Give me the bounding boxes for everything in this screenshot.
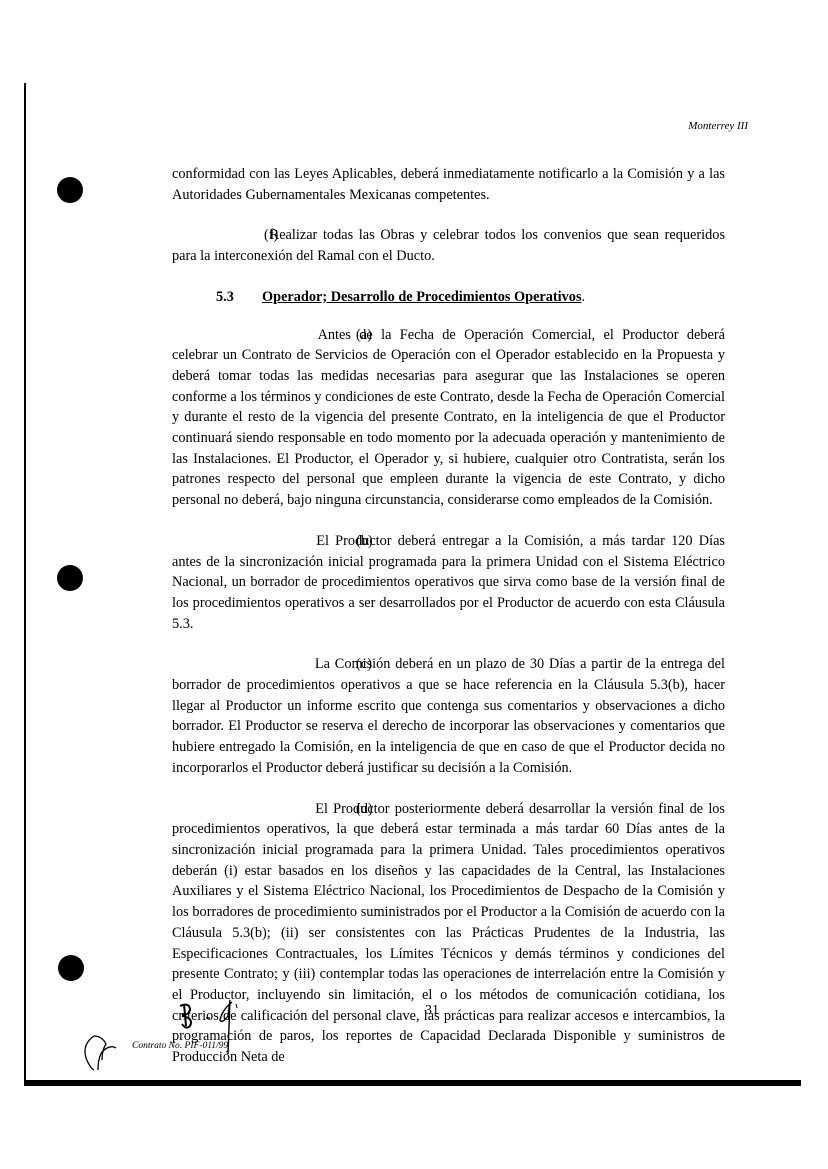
contract-number: Contrato No. PIF-011/99 — [132, 1041, 228, 1051]
item-label: (b) — [264, 531, 310, 552]
section-title-suffix: . — [582, 289, 586, 305]
punch-hole-middle — [57, 565, 83, 591]
item-text: El Productor deberá entregar a la Comisi… — [172, 533, 725, 632]
handwritten-initial-icon — [80, 1030, 130, 1072]
running-header: Monterrey III — [688, 120, 748, 132]
item-label: (d) — [264, 799, 310, 820]
punch-hole-top — [57, 177, 83, 203]
subsection-a: (a) Antes de la Fecha de Operación Comer… — [172, 325, 725, 511]
section-heading: 5.3Operador; Desarrollo de Procedimiento… — [170, 287, 725, 308]
punch-hole-bottom — [58, 955, 84, 981]
section-number: 5.3 — [170, 287, 262, 308]
page-number: 31 — [425, 1003, 439, 1019]
subsection-b: (b) El Productor deberá entregar a la Co… — [172, 531, 725, 635]
paragraph-f: (f) Realizar todas las Obras y celebrar … — [172, 225, 725, 266]
bottom-margin-rule — [24, 1080, 801, 1086]
item-label: (a) — [264, 325, 310, 346]
subsection-c: (c) La Comisión deberá en un plazo de 30… — [172, 654, 725, 778]
item-text: Antes de la Fecha de Operación Comercial… — [172, 327, 725, 509]
item-label: (c) — [264, 654, 310, 675]
left-margin-rule — [24, 83, 26, 1086]
item-label: (f) — [218, 225, 264, 246]
paragraph-continuation: conformidad con las Leyes Aplicables, de… — [172, 164, 725, 205]
page-body: conformidad con las Leyes Aplicables, de… — [172, 164, 725, 1068]
item-text: La Comisión deberá en un plazo de 30 Día… — [172, 656, 725, 776]
section-title: Operador; Desarrollo de Procedimientos O… — [262, 289, 582, 305]
